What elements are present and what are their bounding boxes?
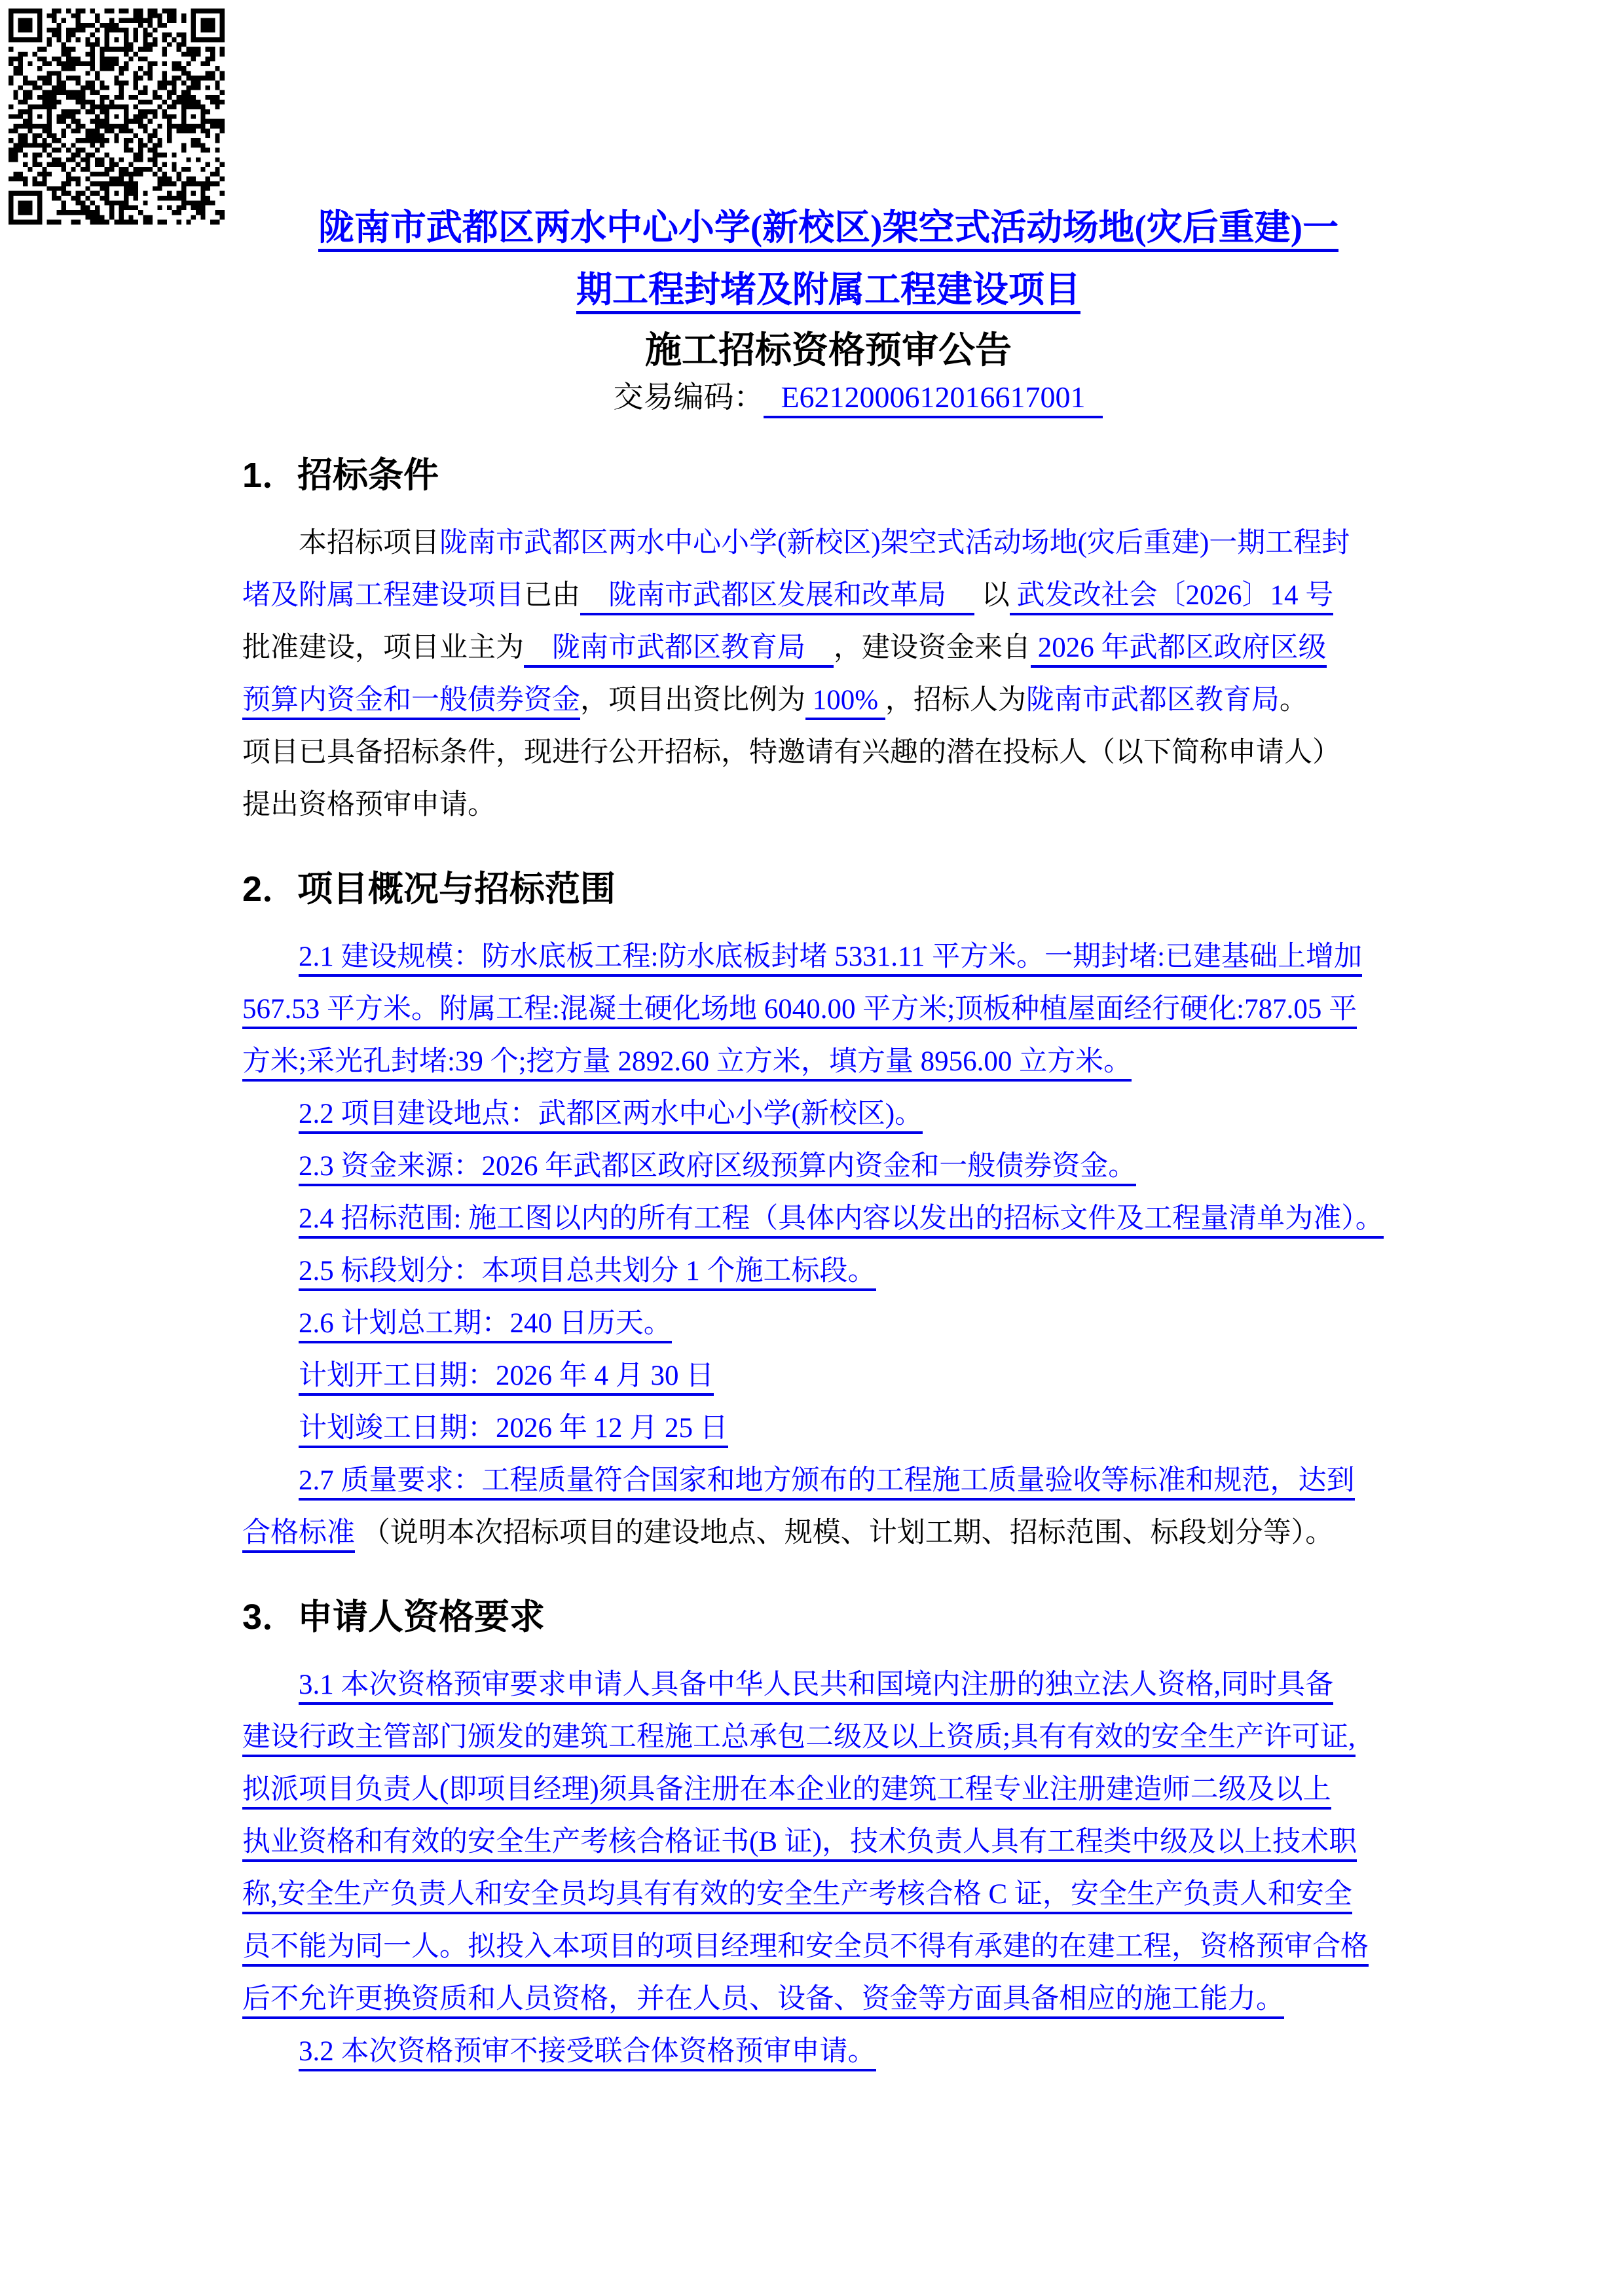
text-line: 2.2 项目建设地点：武都区两水中心小学(新校区)。 [242, 1088, 1414, 1140]
text-segment: 预算内资金和一般债券资金 [242, 685, 580, 720]
text-line: 2.5 标段划分：本项目总共划分 1 个施工标段。 [242, 1245, 1414, 1298]
text-segment: 2026 年武都区政府区级 [1031, 632, 1327, 668]
text-line: 堵及附属工程建设项目已由 陇南市武都区发展和改革局 以 武发改社会〔2026〕1… [242, 570, 1414, 622]
text-segment: 拟派项目负责人(即项目经理)须具备注册在本企业的建筑工程专业注册建造师二级及以上 [242, 1774, 1331, 1810]
text-line: 2.3 资金来源：2026 年武都区政府区级预算内资金和一般债券资金。 [242, 1140, 1414, 1193]
text-line: 建设行政主管部门颁发的建筑工程施工总承包二级及以上资质;具有有效的安全生产许可证… [242, 1711, 1414, 1764]
text-line: 3.1 本次资格预审要求申请人具备中华人民共和国境内注册的独立法人资格,同时具备 [242, 1659, 1414, 1711]
text-line: 拟派项目负责人(即项目经理)须具备注册在本企业的建筑工程专业注册建造师二级及以上 [242, 1764, 1414, 1816]
trade-code-label: 交易编码： [613, 380, 764, 414]
text-segment: 陇南市武都区两水中心小学(新校区)架空式活动场地(灾后重建)一期工程封 [439, 528, 1350, 558]
text-line: 合格标准 （说明本次招标项目的建设地点、规模、计划工期、招标范围、标段划分等）。 [242, 1507, 1414, 1559]
text-segment: 合格标准 [242, 1518, 355, 1553]
text-segment: 2.4 招标范围: 施工图以内的所有工程（具体内容以发出的招标文件及工程量清单为… [299, 1203, 1384, 1239]
text-segment: 2.7 质量要求：工程质量符合国家和地方颁布的工程施工质量验收等标准和规范，达到 [299, 1465, 1355, 1501]
text-line: 3.2 本次资格预审不接受联合体资格预审申请。 [242, 2026, 1414, 2078]
page-title-line-1: 陇南市武都区两水中心小学(新校区)架空式活动场地(灾后重建)一 [242, 196, 1414, 259]
text-segment: 执业资格和有效的安全生产考核合格证书(B 证)，技术负责人具有工程类中级及以上技… [242, 1827, 1357, 1862]
qr-code-image [9, 9, 225, 225]
text-line: 批准建设，项目业主为 陇南市武都区教育局 ，建设资金来自 2026 年武都区政府… [242, 622, 1414, 674]
text-segment: 员不能为同一人。拟投入本项目的项目经理和安全员不得有承建的在建工程，资格预审合格 [242, 1931, 1369, 1967]
text-line: 2.7 质量要求：工程质量符合国家和地方颁布的工程施工质量验收等标准和规范，达到 [242, 1455, 1414, 1507]
text-segment: 武发改社会〔2026〕14 号 [1010, 580, 1334, 615]
text-segment: 。 [1280, 685, 1308, 716]
text-line: 2.4 招标范围: 施工图以内的所有工程（具体内容以发出的招标文件及工程量清单为… [242, 1193, 1414, 1245]
text-line: 2.6 计划总工期：240 日历天。 [242, 1298, 1414, 1350]
text-segment: 方米;采光孔封堵:39 个;挖方量 2892.60 立方米，填方量 8956.0… [242, 1046, 1132, 1082]
text-segment: 2．项目概况与招标范围 [242, 869, 616, 909]
text-segment: 后不允许更换资质和人员资格，并在人员、设备、资金等方面具备相应的施工能力。 [242, 1984, 1284, 2019]
text-segment: 提出资格预审申请。 [242, 790, 496, 820]
title-block: 陇南市武都区两水中心小学(新校区)架空式活动场地(灾后重建)一 期工程封堵及附属… [242, 196, 1414, 321]
subtitle: 施工招标资格预审公告 [242, 325, 1414, 377]
qr-code [9, 9, 225, 225]
text-segment: 567.53 平方米。附属工程:混凝土硬化场地 6040.00 平方米;顶板种植… [242, 994, 1357, 1029]
document-page: 陇南市武都区两水中心小学(新校区)架空式活动场地(灾后重建)一 期工程封堵及附属… [0, 0, 1624, 2296]
text-line: 员不能为同一人。拟投入本项目的项目经理和安全员不得有承建的在建工程，资格预审合格 [242, 1921, 1414, 1973]
text-segment: 堵及附属工程建设项目 [242, 580, 524, 611]
document-column: 陇南市武都区两水中心小学(新校区)架空式活动场地(灾后重建)一 期工程封堵及附属… [242, 0, 1414, 2078]
text-line: 计划开工日期：2026 年 4 月 30 日 [242, 1350, 1414, 1402]
text-segment: 2.1 建设规模：防水底板工程:防水底板封堵 5331.11 平方米。一期封堵:… [299, 941, 1362, 977]
text-line: 提出资格预审申请。 [242, 779, 1414, 831]
text-segment: 以 [974, 580, 1010, 611]
text-segment: 批准建设，项目业主为 [242, 632, 524, 663]
text-segment: 陇南市武都区教育局 [1026, 685, 1280, 716]
text-segment: （说明本次招标项目的建设地点、规模、计划工期、招标范围、标段划分等）。 [355, 1518, 1333, 1548]
text-segment: 2.3 资金来源：2026 年武都区政府区级预算内资金和一般债券资金。 [299, 1151, 1136, 1186]
text-line: 项目已具备招标条件，现进行公开招标，特邀请有兴趣的潜在投标人（以下简称申请人） [242, 727, 1414, 779]
text-segment: 本招标项目 [299, 528, 439, 558]
text-segment: 项目已具备招标条件，现进行公开招标，特邀请有兴趣的潜在投标人（以下简称申请人） [242, 737, 1340, 768]
page-title-text: 期工程封堵及附属工程建设项目 [576, 270, 1080, 314]
page-title-line-2: 期工程封堵及附属工程建设项目 [242, 259, 1414, 321]
text-segment: 3．申请人资格要求 [242, 1597, 545, 1637]
document-body: 1．招标条件本招标项目陇南市武都区两水中心小学(新校区)架空式活动场地(灾后重建… [242, 449, 1414, 2078]
text-segment: 3.1 本次资格预审要求申请人具备中华人民共和国境内注册的独立法人资格,同时具备 [299, 1669, 1333, 1705]
section-heading: 1．招标条件 [242, 449, 1414, 501]
text-line: 本招标项目陇南市武都区两水中心小学(新校区)架空式活动场地(灾后重建)一期工程封 [242, 517, 1414, 570]
text-segment: 计划开工日期：2026 年 4 月 30 日 [299, 1360, 714, 1396]
text-line: 后不允许更换资质和人员资格，并在人员、设备、资金等方面具备相应的施工能力。 [242, 1973, 1414, 2026]
text-line: 567.53 平方米。附属工程:混凝土硬化场地 6040.00 平方米;顶板种植… [242, 983, 1414, 1036]
page-title-text: 陇南市武都区两水中心小学(新校区)架空式活动场地(灾后重建)一 [318, 208, 1338, 252]
text-segment: ，建设资金来自 [834, 632, 1031, 663]
text-segment: 建设行政主管部门颁发的建筑工程施工总承包二级及以上资质;具有有效的安全生产许可证… [242, 1722, 1356, 1757]
text-line: 计划竣工日期：2026 年 12 月 25 日 [242, 1402, 1414, 1455]
text-line: 方米;采光孔封堵:39 个;挖方量 2892.60 立方米，填方量 8956.0… [242, 1036, 1414, 1088]
text-segment: 陇南市武都区教育局 [524, 632, 834, 668]
section-heading: 3．申请人资格要求 [242, 1591, 1414, 1643]
text-line: 2.1 建设规模：防水底板工程:防水底板封堵 5331.11 平方米。一期封堵:… [242, 931, 1414, 983]
text-line: 称,安全生产负责人和安全员均具有有效的安全生产考核合格 C 证，安全生产负责人和… [242, 1868, 1414, 1921]
text-segment: 计划竣工日期：2026 年 12 月 25 日 [299, 1413, 728, 1448]
text-segment: 100% [805, 685, 885, 720]
text-segment: ，招标人为 [885, 685, 1026, 716]
text-segment: 2.2 项目建设地点：武都区两水中心小学(新校区)。 [299, 1099, 923, 1134]
text-segment: 陇南市武都区发展和改革局 [580, 580, 974, 615]
trade-code-row: 交易编码：E6212000612016617001 [242, 377, 1414, 418]
text-segment: ，项目出资比例为 [580, 685, 805, 716]
text-line: 预算内资金和一般债券资金，项目出资比例为 100% ，招标人为陇南市武都区教育局… [242, 674, 1414, 727]
section-heading: 2．项目概况与招标范围 [242, 863, 1414, 915]
trade-code-value: E6212000612016617001 [764, 380, 1102, 418]
text-segment: 3.2 本次资格预审不接受联合体资格预审申请。 [299, 2036, 876, 2071]
text-segment: 2.6 计划总工期：240 日历天。 [299, 1308, 672, 1343]
text-segment: 2.5 标段划分：本项目总共划分 1 个施工标段。 [299, 1256, 876, 1291]
text-segment: 1．招标条件 [242, 456, 439, 495]
text-segment: 称,安全生产负责人和安全员均具有有效的安全生产考核合格 C 证，安全生产负责人和… [242, 1879, 1352, 1914]
text-line: 执业资格和有效的安全生产考核合格证书(B 证)，技术负责人具有工程类中级及以上技… [242, 1816, 1414, 1868]
text-segment: 已由 [524, 580, 580, 611]
